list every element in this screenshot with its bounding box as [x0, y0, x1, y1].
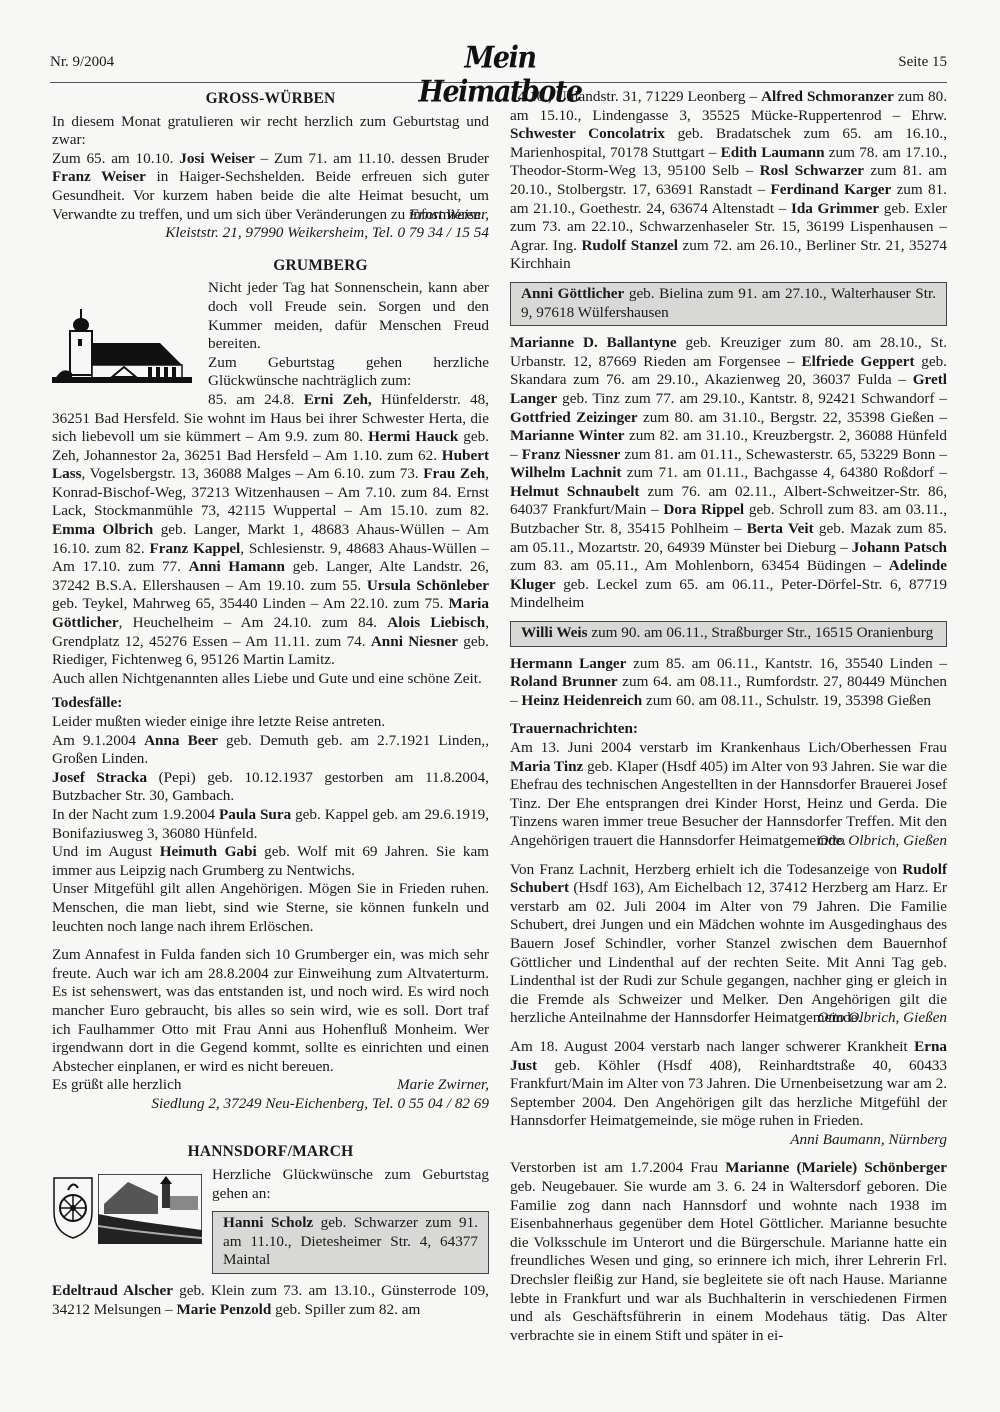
paragraph: Unser Mitgefühl gilt allen Angehörigen. … [52, 880, 489, 936]
left-column: GROSS-WÜRBEN In diesem Monat gratulieren… [52, 88, 489, 1319]
person-name: Ursula Schönleber [367, 577, 489, 594]
town-illustration [98, 1174, 202, 1244]
person-name: Franz Kappel [149, 540, 240, 557]
birthday-list: Marianne D. Ballantyne geb. Kreuziger zu… [510, 334, 947, 613]
person-name: Anni Hamann [189, 558, 285, 575]
birthday-list: Hermann Langer zum 85. am 06.11., Kantst… [510, 655, 947, 711]
person-name: Anni Niesner [371, 633, 458, 650]
highlight-box: Willi Weis zum 90. am 06.11., Straßburge… [510, 621, 947, 647]
person-name: Erni Zeh, [304, 391, 372, 408]
author-address: Kleiststr. 21, 97990 Weikersheim, Tel. 0… [52, 224, 489, 243]
death-entry: Am 9.1.2004 Anna Beer geb. Demuth geb. a… [52, 732, 489, 769]
paragraph: In diesem Monat gratulieren wir recht he… [52, 113, 489, 150]
person-name: Willi Weis [521, 624, 588, 641]
highlight-box: Anni Göttlicher geb. Bielina zum 91. am … [510, 282, 947, 326]
author-signature: Anni Baumann, Nürnberg [510, 1131, 947, 1150]
coat-of-arms-icon [52, 1174, 94, 1240]
person-name: Frau Zeh [423, 465, 485, 482]
section-hannsdorf: HANNSDORF/MARCH [52, 1143, 489, 1319]
section-title: GRUMBERG [52, 257, 489, 276]
birthday-list: 14.10., Uhlandstr. 31, 71229 Leonberg – … [510, 88, 947, 274]
birthday-list: Edeltraud Alscher geb. Klein zum 73. am … [52, 1282, 489, 1319]
person-name: Hanni Scholz [223, 1214, 313, 1231]
poem: Nicht jeder Tag hat Sonnenschein, kann a… [208, 279, 489, 353]
paragraph: Leider mußten wieder einige ihre letzte … [52, 713, 489, 732]
death-entry: Josef Stracka (Pepi) geb. 10.12.1937 ges… [52, 769, 489, 806]
obituary: Von Franz Lachnit, Herzberg erhielt ich … [510, 861, 947, 1028]
paragraph: Herzliche Glückwünsche zum Geburtstag ge… [212, 1166, 489, 1203]
mourning-heading: Trauernachrichten: [510, 720, 947, 739]
right-column: 14.10., Uhlandstr. 31, 71229 Leonberg – … [510, 88, 947, 1345]
author-address: Siedlung 2, 37249 Neu-Eichenberg, Tel. 0… [52, 1095, 489, 1114]
issue-number: Nr. 9/2004 [50, 54, 114, 71]
person-name: Emma Olbrich [52, 521, 153, 538]
author-signature: Marie Zwirner, [397, 1076, 489, 1095]
section-grumberg: GRUMBERG [52, 257, 489, 1114]
section-title: HANNSDORF/MARCH [52, 1143, 489, 1162]
church-illustration [52, 303, 192, 383]
obituary: Verstorben ist am 1.7.2004 Frau Marianne… [510, 1159, 947, 1345]
person-name: Anni Göttlicher [521, 285, 624, 302]
hannsdorf-illustrations [52, 1174, 204, 1252]
paragraph: Zum Annafest in Fulda fanden sich 10 Gru… [52, 946, 489, 1076]
page-number: Seite 15 [898, 54, 947, 71]
paragraph: Auch allen Nichtgenannten alles Liebe un… [52, 670, 489, 689]
death-entry: Und im August Heimuth Gabi geb. Wolf mit… [52, 843, 489, 880]
death-entry: In der Nacht zum 1.9.2004 Paula Sura geb… [52, 806, 489, 843]
birthday-list: 85. am 24.8. Erni Zeh, Hünfelderstr. 48,… [52, 391, 489, 670]
person-name: Alois Liebisch [387, 614, 485, 631]
highlight-box: Hanni Scholz geb. Schwarzer zum 91. am 1… [212, 1211, 489, 1274]
section-title: GROSS-WÜRBEN [52, 90, 489, 109]
section-gross-wuerben: GROSS-WÜRBEN In diesem Monat gratulieren… [52, 90, 489, 243]
person-name: Franz Weiser [52, 168, 146, 185]
greeting: Es grüßt alle herzlich [52, 1076, 181, 1095]
page-header: Nr. 9/2004 Mein Heimatbote Seite 15 [50, 48, 947, 83]
paragraph: Zum Geburtstag gehen herzliche Glückwüns… [208, 354, 489, 391]
obituary: Am 18. August 2004 verstarb nach langer … [510, 1038, 947, 1131]
deaths-heading: Todesfälle: [52, 694, 489, 713]
person-name: Hermi Hauck [368, 428, 458, 445]
person-name: Josi Weiser [179, 150, 255, 167]
